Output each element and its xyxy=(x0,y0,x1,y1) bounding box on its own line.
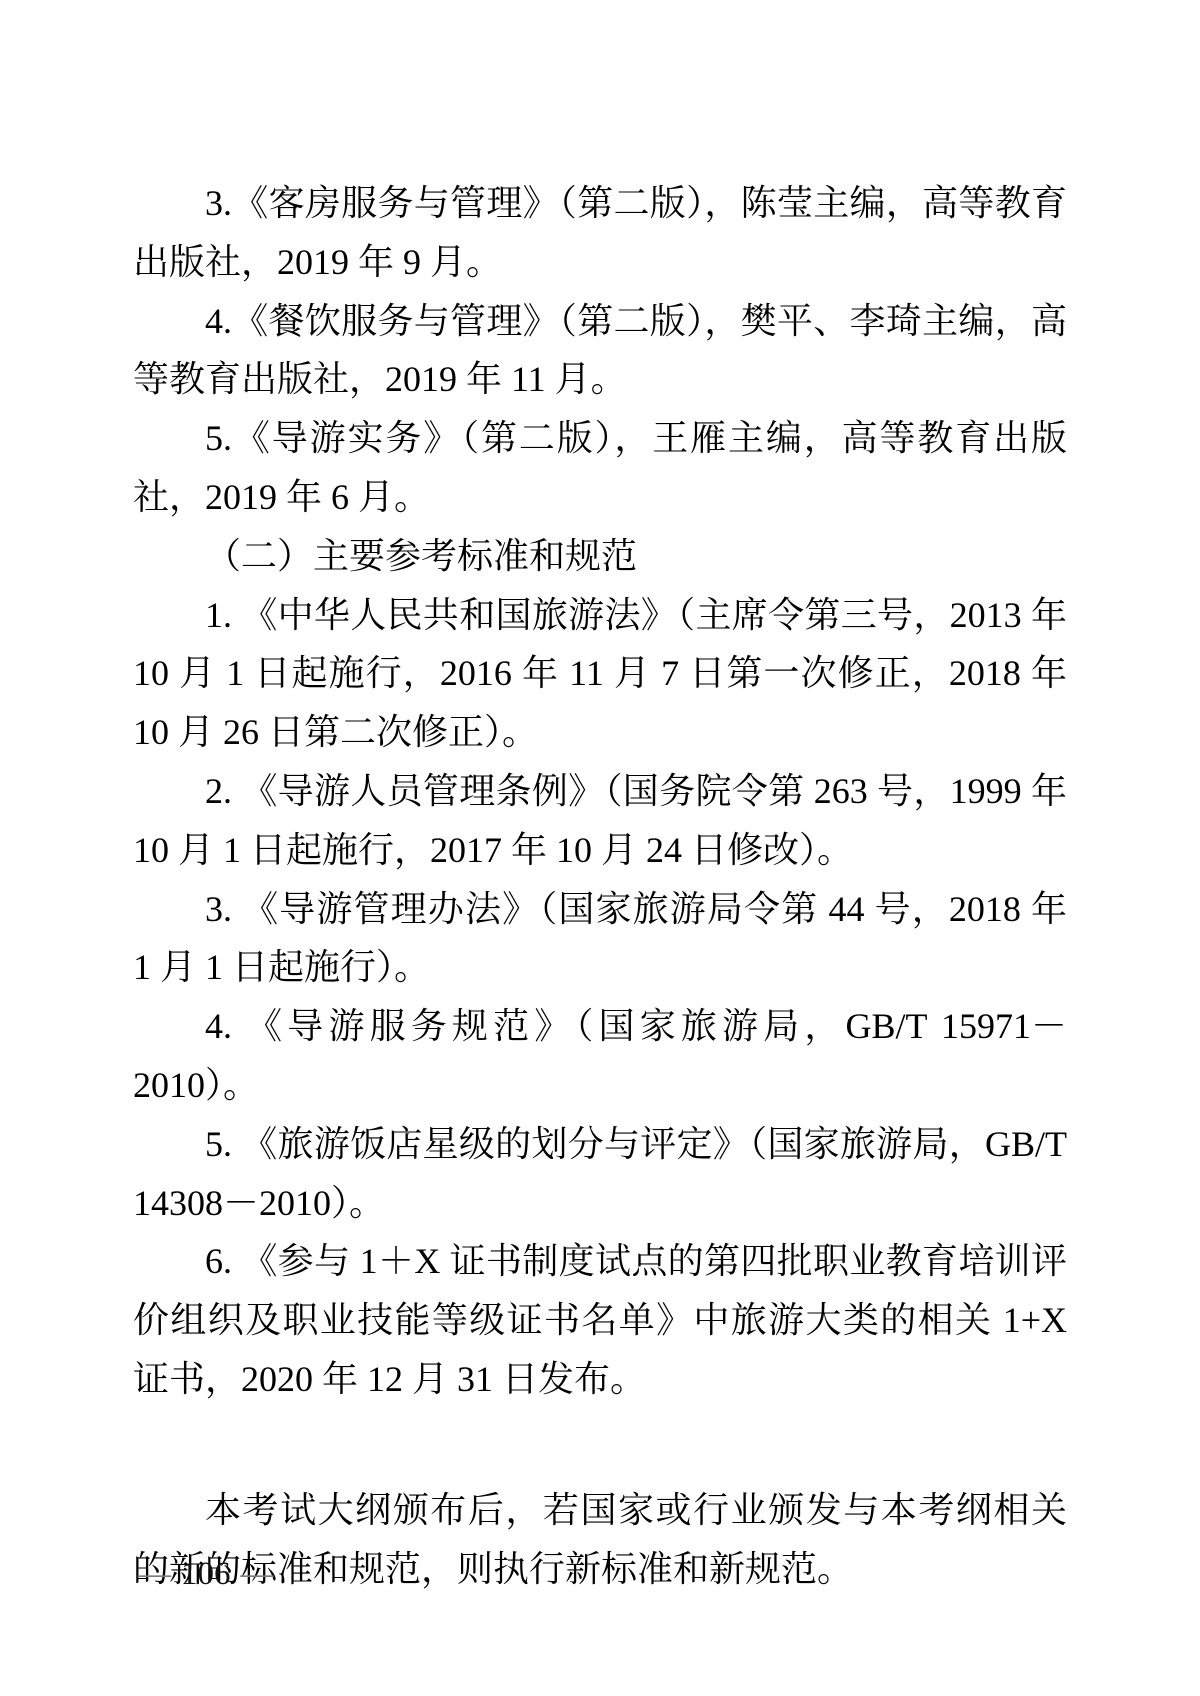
reference-standard-item: 3. 《导游管理办法》（国家旅游局令第 44 号，2018 年 1 月 1 日起… xyxy=(133,880,1067,998)
page-number-dash-right: — xyxy=(241,1556,274,1592)
document-page: 3.《客房服务与管理》（第二版），陈莹主编，高等教育出版社，2019 年 9 月… xyxy=(0,0,1200,1696)
reference-standard-item: 5. 《旅游饭店星级的划分与评定》（国家旅游局，GB/T 14308－2010）… xyxy=(133,1115,1067,1233)
page-number-dash-left: — xyxy=(138,1556,171,1592)
reference-book-item: 4.《餐饮服务与管理》（第二版），樊平、李琦主编，高等教育出版社，2019 年 … xyxy=(133,292,1067,410)
section-heading: （二）主要参考标准和规范 xyxy=(133,527,1067,586)
reference-standard-item: 4. 《导游服务规范》（国家旅游局，GB/T 15971－2010）。 xyxy=(133,997,1067,1115)
reference-book-item: 5.《导游实务》（第二版），王雁主编，高等教育出版社，2019 年 6 月。 xyxy=(133,409,1067,527)
document-body: 3.《客房服务与管理》（第二版），陈莹主编，高等教育出版社，2019 年 9 月… xyxy=(133,174,1067,1598)
reference-standard-item: 1. 《中华人民共和国旅游法》（主席令第三号，2013 年 10 月 1 日起施… xyxy=(133,586,1067,762)
reference-standard-item: 6. 《参与 1＋X 证书制度试点的第四批职业教育培训评价组织及职业技能等级证书… xyxy=(133,1232,1067,1408)
reference-book-item: 3.《客房服务与管理》（第二版），陈莹主编，高等教育出版社，2019 年 9 月… xyxy=(133,174,1067,292)
page-number: —106— xyxy=(138,1556,274,1592)
page-number-value: 106 xyxy=(181,1556,231,1592)
reference-standard-item: 2. 《导游人员管理条例》（国务院令第 263 号，1999 年 10 月 1 … xyxy=(133,762,1067,880)
